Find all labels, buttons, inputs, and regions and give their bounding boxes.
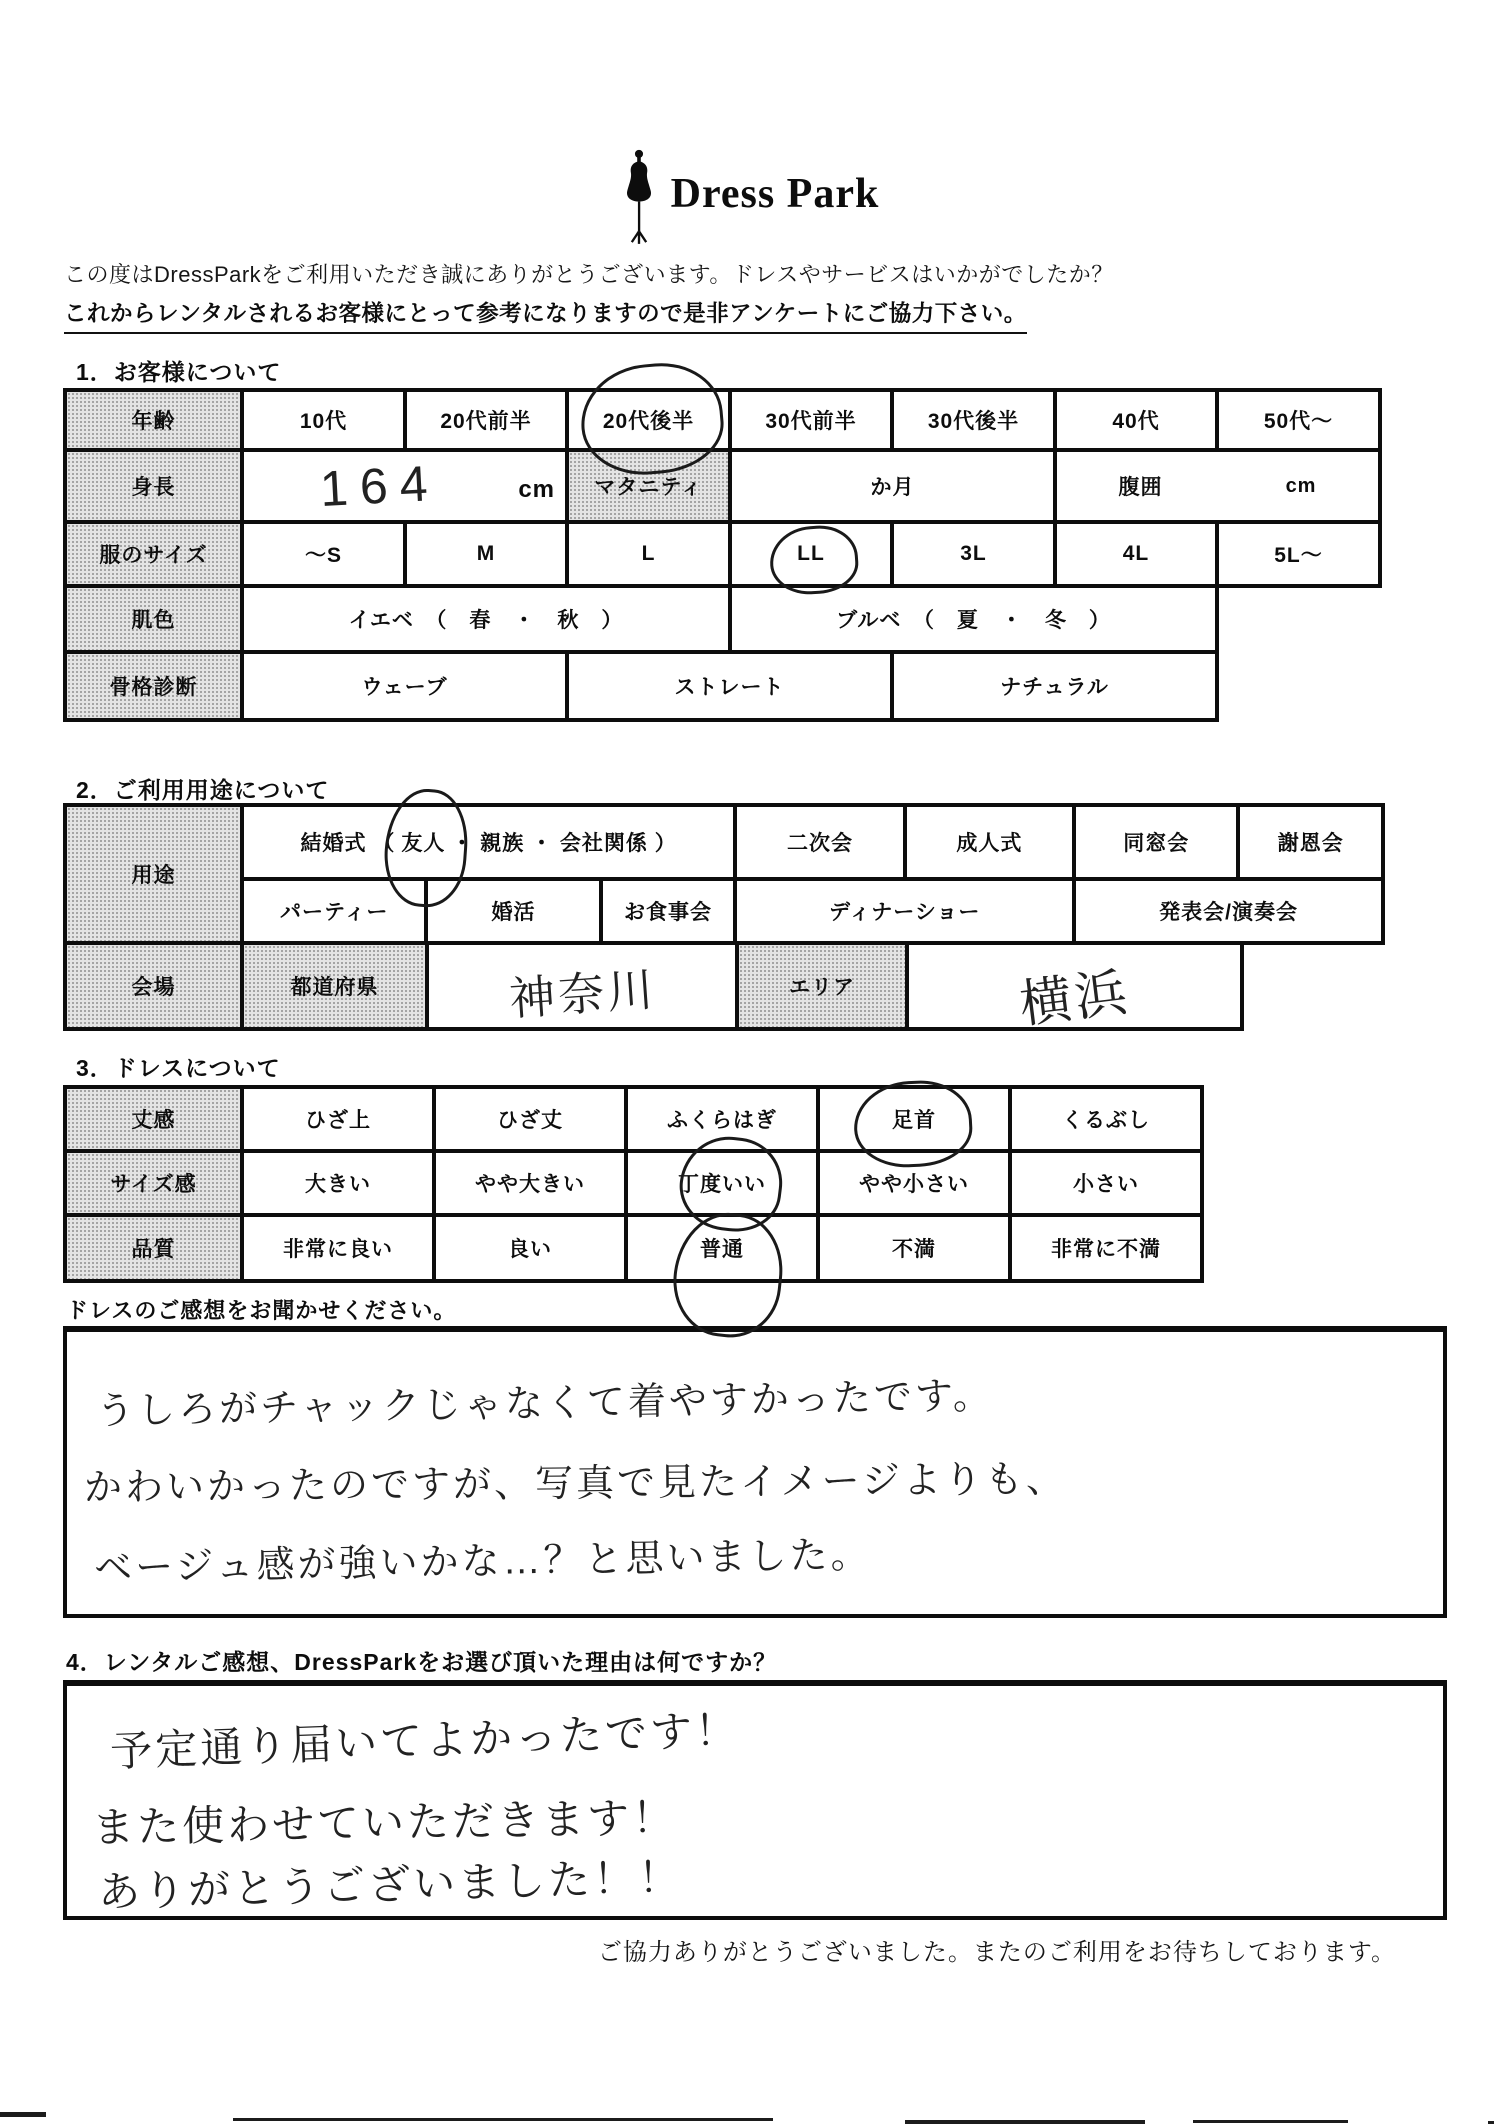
option-cell: 3L [890,520,1057,588]
frame-row: 骨格診断 ウェーブ ストレート ナチュラル [63,650,1382,722]
option-cell: L [565,520,732,588]
scan-artifact-line [0,2112,46,2117]
option-cell: 非常に良い [240,1213,436,1283]
length-label-cell: 丈感 [63,1085,244,1153]
age-row: 年齢 10代 20代前半 20代後半 30代前半 30代後半 40代 50代～ [63,388,1382,452]
maternity-label-cell: マタニティ [565,448,732,524]
option-cell: ウェーブ [240,650,569,722]
skin-label-cell: 肌色 [63,584,244,654]
height-row: 身長 164 cm マタニティ か月 腹囲 cm [63,448,1382,524]
skin-row: 肌色 イエベ （ 春 ・ 秋 ） ブルベ （ 夏 ・ 冬 ） [63,584,1382,654]
wedding-suffix: ・ 親族 ・ 会社関係 ） [451,827,676,857]
option-cell: 非常に不満 [1008,1213,1204,1283]
dress-table: 丈感 ひざ上 ひざ丈 ふくらはぎ 足首 くるぶし サイズ感 大きい やや大きい … [63,1085,1204,1283]
wedding-prefix: 結婚式 （ [301,827,396,857]
scan-artifact-line [905,2120,1145,2124]
option-cell: ふくらはぎ [624,1085,820,1153]
option-cell-selected: 足首 [816,1085,1012,1153]
option-cell: ディナーショー [733,877,1076,945]
option-cell: お食事会 [599,877,738,945]
usage-row-1: 結婚式 （ 友人 ・ 親族 ・ 会社関係 ） 二次会 成人式 同窓会 謝恩会 [240,803,1385,881]
option-cell: くるぶし [1008,1085,1204,1153]
option-cell: 成人式 [903,803,1076,881]
option-label: 友人 [401,832,445,855]
section3-title: 3．ドレスについて [76,1050,281,1083]
option-cell: ひざ丈 [432,1085,628,1153]
option-cell: 40代 [1053,388,1219,452]
option-cell: 謝恩会 [1236,803,1385,881]
option-cell: 婚活 [424,877,602,945]
handwritten-feedback-line2: かわいかったのですが、写真で見たイメージよりも、 [84,1448,1067,1512]
venue-label-cell: 会場 [63,941,244,1031]
section1-title: 1．お客様について [76,354,281,387]
quality-row: 品質 非常に良い 良い 普通 不満 非常に不満 [63,1213,1204,1283]
option-cell: ～S [240,520,407,588]
height-label-cell: 身長 [63,448,244,524]
fit-label-cell: サイズ感 [63,1149,244,1217]
usage-table: 用途 結婚式 （ 友人 ・ 親族 ・ 会社関係 ） 二次会 成人式 同窓会 謝恩… [63,803,1385,1031]
handwritten-circle-quality [668,1208,788,1343]
option-cell-selected: 普通 [624,1213,820,1283]
option-cell: やや大きい [432,1149,628,1217]
option-cell: ひざ上 [240,1085,436,1153]
section2-title: 2．ご利用用途について [76,772,329,805]
option-label: 普通 [700,1233,744,1263]
customer-table: 年齢 10代 20代前半 20代後半 30代前半 30代後半 40代 50代～ … [63,388,1382,722]
option-label: 足首 [892,1104,936,1134]
option-cell: ストレート [565,650,894,722]
option-cell: 二次会 [733,803,906,881]
option-cell: ナチュラル [890,650,1219,722]
usage-label-cell: 用途 [63,803,244,945]
frame-label-cell: 骨格診断 [63,650,244,722]
size-row: 服のサイズ ～S M L LL 3L 4L 5L～ [63,520,1382,588]
option-cell: やや小さい [816,1149,1012,1217]
fit-row: サイズ感 大きい やや大きい 丁度いい やや小さい 小さい [63,1149,1204,1217]
height-unit-label: cm [518,476,555,504]
option-cell: 5L～ [1215,520,1382,588]
waist-label: 腹囲 [1119,471,1163,501]
scan-artifact-line [233,2118,773,2121]
option-cell: 発表会/演奏会 [1072,877,1385,945]
dress-form-icon [621,148,657,253]
waist-unit-label: cm [1286,475,1317,498]
option-cell: 50代～ [1215,388,1382,452]
scan-artifact-line [1193,2120,1348,2123]
prefecture-label-cell: 都道府県 [240,941,429,1031]
option-cell-selected: 丁度いい [624,1149,820,1217]
option-cell: 4L [1053,520,1219,588]
maternity-months-cell: か月 [728,448,1057,524]
option-cell: イエベ （ 春 ・ 秋 ） [240,584,732,654]
option-cell: 大きい [240,1149,436,1217]
option-cell-selected: 20代後半 [565,388,732,452]
handwritten-prefecture: 神奈川 [506,953,657,1029]
footer-thanks-note: ご協力ありがとうございました。またのご利用をお待ちしております。 [598,1932,1396,1967]
option-cell: 10代 [240,388,407,452]
handwritten-area: 横浜 [1015,949,1133,1037]
waist-cell: 腹囲 cm [1053,448,1382,524]
height-value-cell: 164 cm [240,448,569,524]
option-cell: 20代前半 [403,388,569,452]
section4-title: 4．レンタルご感想、DressParkをお選び頂いた理由は何ですか？ [66,1644,777,1677]
length-row: 丈感 ひざ上 ひざ丈 ふくらはぎ 足首 くるぶし [63,1085,1204,1153]
option-label: 丁度いい [678,1168,766,1198]
size-label-cell: 服のサイズ [63,520,244,588]
brand-logo: Dress Park [0,148,1500,253]
brand-name: Dress Park [671,170,880,218]
dress-feedback-prompt: ドレスのご感想をお聞かせください。 [66,1294,456,1325]
area-value-cell: 横浜 [905,941,1244,1031]
intro-line-2: これからレンタルされるお客様にとって参考になりますので是非アンケートにご協力下さ… [64,296,1027,334]
option-cell: パーティー [240,877,428,945]
option-cell: 30代前半 [728,388,894,452]
option-cell: 良い [432,1213,628,1283]
handwritten-height-value: 164 [318,454,440,518]
option-cell: 30代後半 [890,388,1057,452]
option-label: 20代後半 [603,405,694,435]
age-label-cell: 年齢 [63,388,244,452]
handwritten-rental-line2: また使わせていただきます！ [92,1785,678,1855]
venue-row: 会場 都道府県 神奈川 エリア 横浜 [63,941,1385,1031]
prefecture-value-cell: 神奈川 [425,941,739,1031]
option-cell-wedding: 結婚式 （ 友人 ・ 親族 ・ 会社関係 ） [240,803,737,881]
option-cell: ブルベ （ 夏 ・ 冬 ） [728,584,1219,654]
option-label: LL [797,542,825,566]
option-cell: 同窓会 [1072,803,1240,881]
usage-row-2: パーティー 婚活 お食事会 ディナーショー 発表会/演奏会 [240,877,1385,945]
wedding-circled-option: 友人 [401,827,445,857]
area-label-cell: エリア [735,941,909,1031]
intro-line-1: この度はDressParkをご利用いただき誠にありがとうございます。ドレスやサー… [64,258,1114,289]
option-cell: 小さい [1008,1149,1204,1217]
option-cell: M [403,520,569,588]
option-cell: 不満 [816,1213,1012,1283]
quality-label-cell: 品質 [63,1213,244,1283]
scan-artifact-line [1488,2121,1494,2124]
option-cell-selected: LL [728,520,894,588]
